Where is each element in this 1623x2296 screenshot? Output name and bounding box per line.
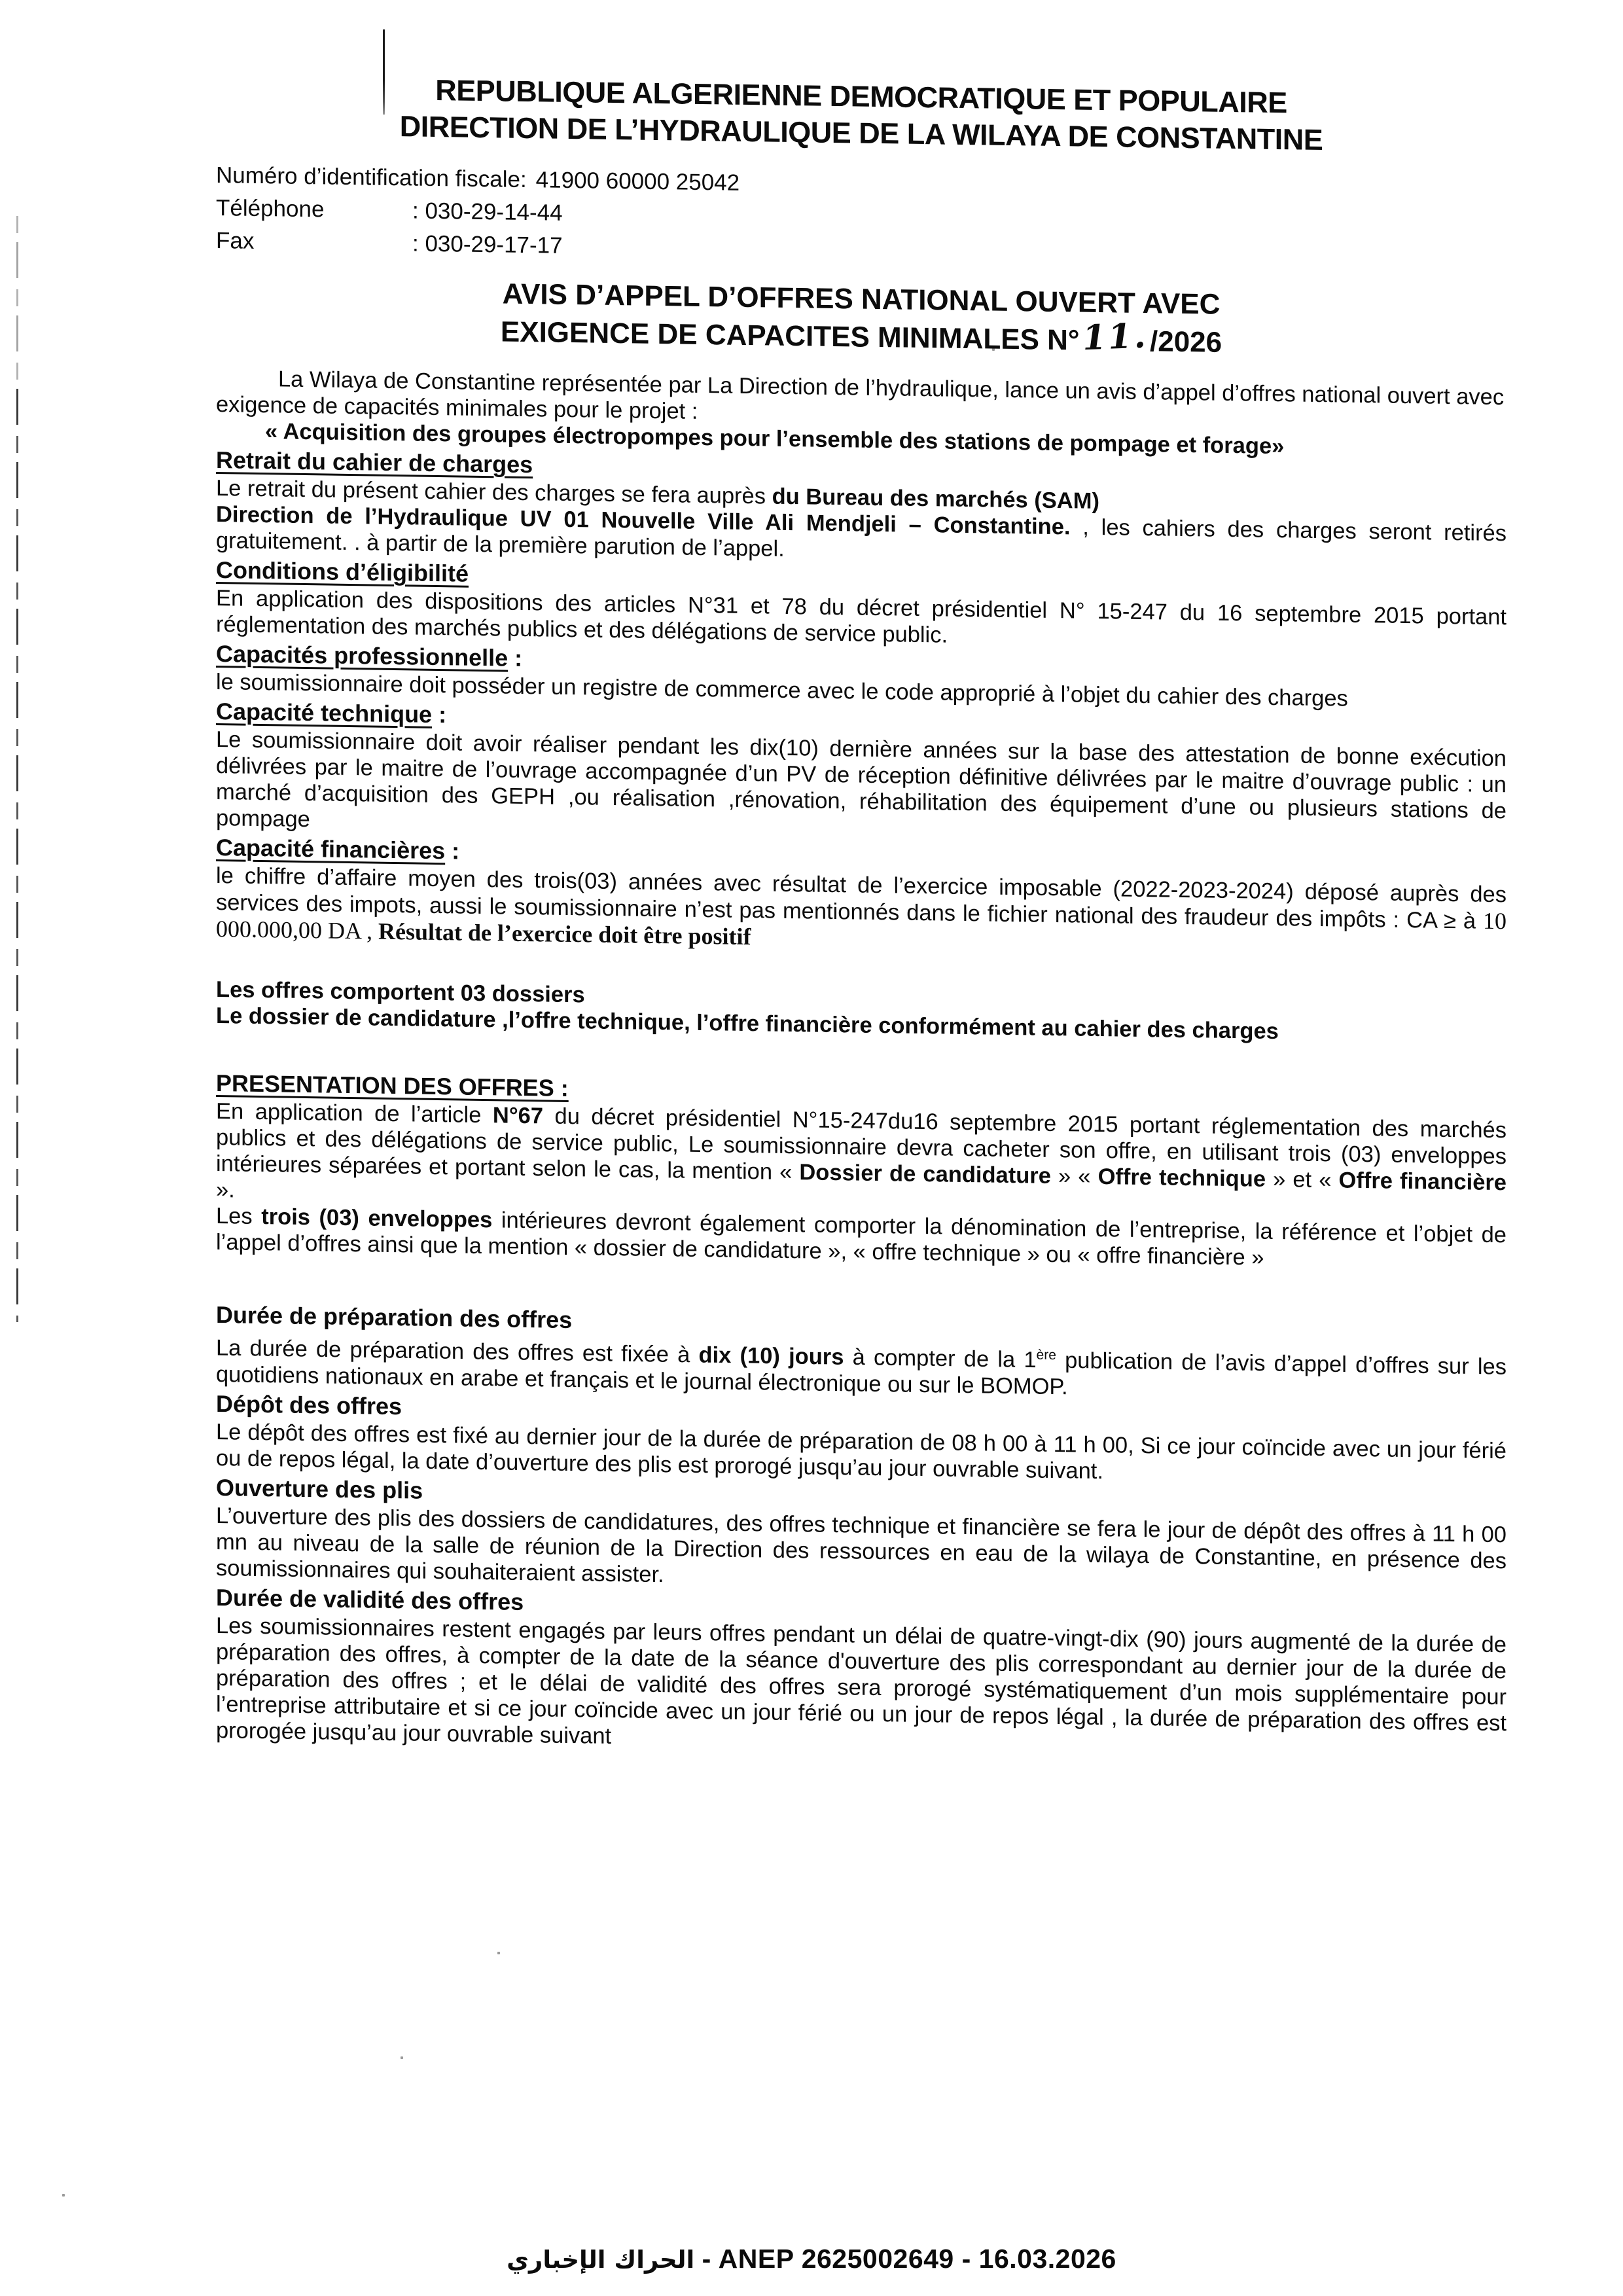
document-content: REPUBLIQUE ALGERIENNE DEMOCRATIQUE ET PO… [216,69,1507,1763]
fiscal-id-label: Numéro d’identification fiscale: [216,159,527,196]
presentation-paragraph-1: En application de l’article N°67 du décr… [216,1098,1507,1222]
notice-title: AVIS D’APPEL D’OFFRES NATIONAL OUVERT AV… [216,272,1507,365]
fiscal-id-value: 41900 60000 25042 [536,164,740,200]
duree-validite-paragraph: Les soumissionnaires restent engagés par… [216,1613,1507,1763]
footer-anep-reference: ANEP 2625002649 - 16.03.2026 [719,2244,1116,2274]
scan-speck [401,2056,403,2059]
scanned-document-page: REPUBLIQUE ALGERIENNE DEMOCRATIQUE ET PO… [0,0,1623,2296]
fax-label: Fax [216,224,412,260]
handwritten-notice-number: 11. [1079,317,1150,356]
publication-footer: الحراك الإخباري - ANEP 2625002649 - 16.0… [0,2244,1623,2274]
scan-speck [497,1952,500,1954]
notice-number-prefix: EXIGENCE DE CAPACITES MINIMALES N° [501,315,1080,356]
fax-value: : 030-29-17-17 [412,227,563,262]
footer-separator: - [694,2244,718,2274]
phone-value: : 030-29-14-44 [412,194,563,229]
capacite-technique-paragraph: Le soumissionnaire doit avoir réaliser p… [216,726,1507,850]
phone-label: Téléphone [216,192,412,227]
fiscal-info-block: Numéro d’identification fiscale: 41900 6… [216,159,1507,276]
footer-newspaper-name-arabic: الحراك الإخباري [507,2246,694,2274]
scan-speck [62,2194,65,2197]
notice-number-suffix: /2026 [1150,325,1222,359]
document-header: REPUBLIQUE ALGERIENNE DEMOCRATIQUE ET PO… [216,69,1507,161]
scan-artifact-left-dashed-line [16,216,18,1322]
document-body: La Wilaya de Constantine représentée par… [216,365,1507,1763]
